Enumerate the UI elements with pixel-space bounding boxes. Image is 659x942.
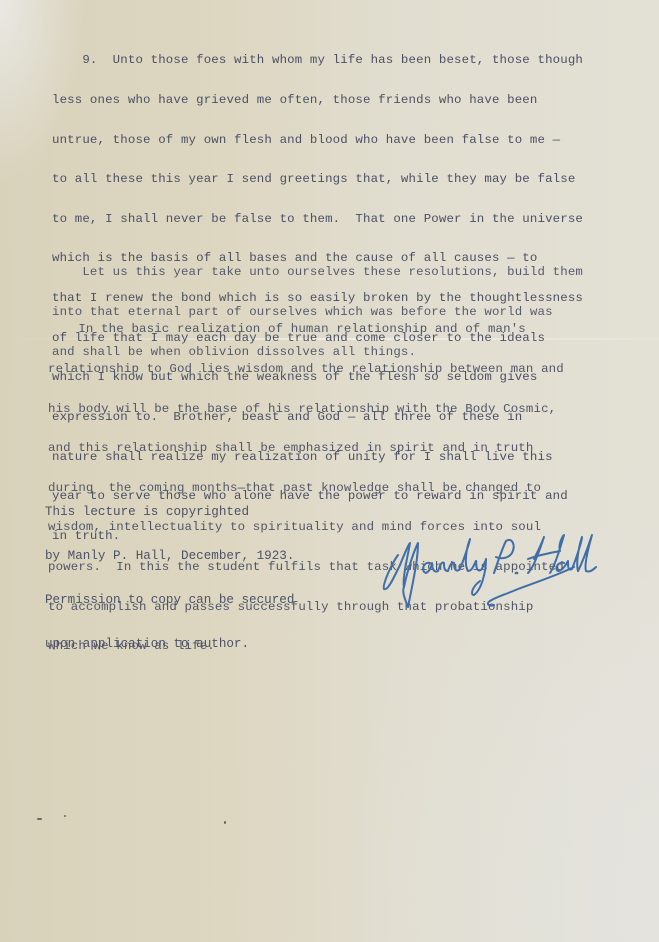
text-line: by Manly P. Hall, December, 1923.: [45, 549, 294, 564]
text-line: Permission to copy can be secured: [45, 593, 294, 608]
text-line: 9. Unto those foes with whom my life has…: [52, 54, 652, 67]
text-line: less ones who have grieved me often, tho…: [52, 94, 652, 107]
text-line: and this relationship shall be emphasize…: [48, 442, 648, 455]
text-line: upon application to author.: [45, 637, 294, 652]
text-line: relationship to God lies wisdom and the …: [48, 363, 648, 376]
text-line: Let us this year take unto ourselves the…: [52, 266, 652, 279]
typed-letter-page: 9. Unto those foes with whom my life has…: [0, 0, 659, 942]
signature-ink: [378, 515, 608, 620]
handwritten-signature: [378, 515, 608, 620]
text-line: to me, I shall never be false to them. T…: [52, 213, 652, 226]
text-line: In the basic realization of human relati…: [48, 323, 648, 336]
copyright-notice: This lecture is copyrighted by Manly P. …: [45, 476, 294, 680]
text-line: his body will be the base of his relatio…: [48, 403, 648, 416]
text-line: untrue, those of my own flesh and blood …: [52, 134, 652, 147]
text-line: to all these this year I send greetings …: [52, 173, 652, 186]
text-line: This lecture is copyrighted: [45, 505, 294, 520]
